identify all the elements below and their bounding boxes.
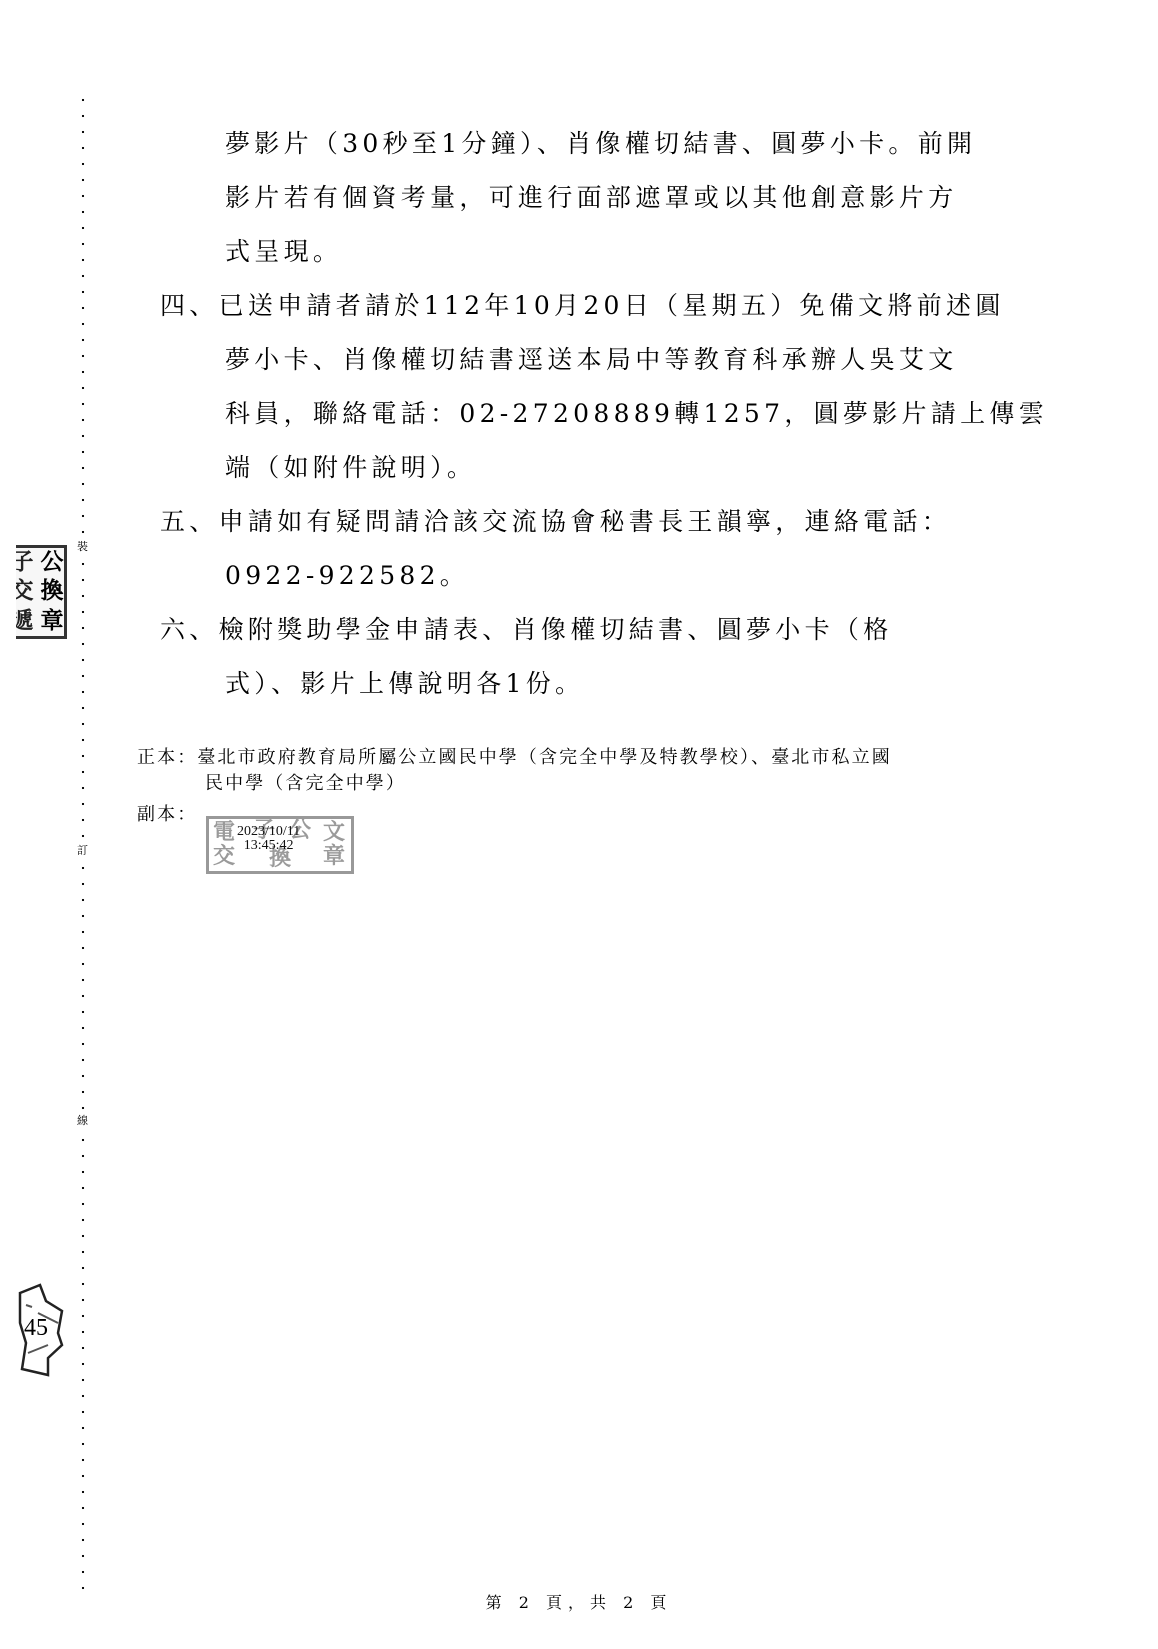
body-line: 科員，聯絡電話：02-27208889轉1257，圓夢影片請上傳雲 [225, 399, 1048, 429]
body-line: 式）、影片上傳說明各1份。 [225, 669, 584, 699]
stamp-datetime: 2023/10/11 13:45:42 [237, 825, 300, 853]
main-recipients-text: 臺北市政府教育局所屬公立國民中學（含完全中學及特教學校）、臺北市私立國 [197, 747, 892, 768]
binding-dotted-line [80, 92, 86, 1592]
body-line: 夢影片（30秒至1分鐘）、肖像權切結書、圓夢小卡。前開 [225, 129, 976, 159]
seal-char: 公 [40, 548, 64, 577]
body-line: 0922-922582。 [225, 561, 469, 591]
exchange-seal-partial: 子 公 交 換 遞 章 [16, 545, 67, 639]
seal-char: 遞 [16, 607, 40, 636]
main-recipients-label: 正本： [137, 746, 197, 770]
page-seal-number: 45 [24, 1315, 48, 1342]
item-text: 申請如有疑問請洽該交流協會秘書長王韻寧，連絡電話： [219, 507, 952, 536]
body-line: 影片若有個資考量，可進行面部遮罩或以其他創意影片方 [225, 183, 958, 213]
item-five: 五、申請如有疑問請洽該交流協會秘書長王韻寧，連絡電話： [160, 507, 951, 537]
seal-char: 交 [16, 577, 40, 606]
item-number: 六、 [160, 615, 219, 644]
stamp-char: 電 [213, 821, 235, 843]
stamp-char: 章 [323, 845, 345, 867]
page-seal-stamp: 45 [18, 1283, 68, 1378]
item-four: 四、已送申請者請於112年10月20日（星期五）免備文將前述圓 [160, 291, 1005, 321]
electronic-exchange-stamp: 電 子 公 文 交 換 章 2023/10/11 13:45:42 [206, 816, 354, 874]
seal-char: 子 [16, 548, 40, 577]
body-line: 夢小卡、肖像權切結書逕送本局中等教育科承辦人吳艾文 [225, 345, 958, 375]
item-text: 已送申請者請於112年10月20日（星期五）免備文將前述圓 [219, 291, 1005, 320]
stamp-char: 文 [323, 821, 345, 843]
seal-char: 換 [40, 577, 64, 606]
main-recipients: 正本：臺北市政府教育局所屬公立國民中學（含完全中學及特教學校）、臺北市私立國 [137, 746, 892, 770]
page-indicator: 第 2 頁，共 2 頁 [0, 1590, 1158, 1613]
stamp-time: 13:45:42 [237, 839, 300, 853]
item-text: 檢附獎助學金申請表、肖像權切結書、圓夢小卡（格 [219, 615, 893, 644]
stamp-date: 2023/10/11 [237, 825, 300, 839]
body-line: 式呈現。 [225, 237, 342, 267]
seal-char: 章 [40, 607, 64, 636]
main-recipients-cont: 民中學（含完全中學） [205, 772, 406, 796]
item-six: 六、檢附獎助學金申請表、肖像權切結書、圓夢小卡（格 [160, 615, 893, 645]
margin-label-ding: 訂 [77, 844, 88, 858]
item-number: 五、 [160, 507, 219, 536]
item-number: 四、 [160, 291, 219, 320]
margin-label-xian: 線 [77, 1114, 88, 1128]
body-line: 端（如附件說明）。 [225, 453, 476, 483]
margin-label-zhuang: 裝 [77, 540, 88, 554]
copy-recipients-label: 副本： [137, 803, 197, 827]
stamp-char: 交 [213, 845, 235, 867]
